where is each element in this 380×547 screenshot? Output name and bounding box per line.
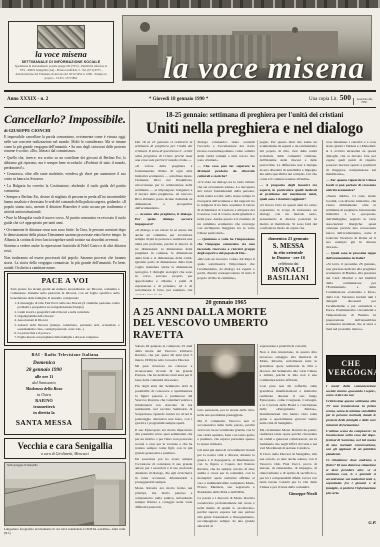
- ravetta-col3-text: espressione e praticità di concetti.Non …: [260, 344, 317, 490]
- dateline-bar: Anno XXXIX - n. 2 * Giovedì 18 gennaio 1…: [4, 90, 376, 108]
- ravetta-paragraph: Sabato 20 gennaio si compiono 25 anni da…: [135, 344, 192, 363]
- interview-paragraph: — Qualcuno a volte ha l'impressione che …: [197, 237, 254, 256]
- ravetta-paragraph: espressione e praticità di concetti.: [260, 344, 317, 349]
- interview-paragraph: dialogo ecumenico siano scaturiti l'acco…: [197, 140, 254, 163]
- ravetta-headline: A 25 ANNI DALLA MORTE DEL VESCOVO UMBERT…: [133, 307, 319, 342]
- rai-line: 28 gennaio 1990: [7, 367, 81, 374]
- interview-col1: Dal 18 al 25 gennaio si celebrerà la set…: [133, 140, 194, 295]
- ravetta-paragraph: Non è mia intenzione, in questo mio dove…: [260, 350, 317, 382]
- ravetta-paragraph: Il Clero della Diocesi di Senigallia, al…: [260, 452, 317, 489]
- che-vergogna-title-line2: VERGOGNA!: [328, 368, 374, 378]
- scan-edge-strip: [0, 0, 380, 8]
- interview-paragraph: «C'è stato un dialogo tra le varie cultu…: [197, 180, 254, 236]
- interview-paragraph: — Che cosa può far superare le divisioni…: [197, 164, 254, 178]
- pace-list-item: Il messaggio di Odo Fusi Pecci sulla sua…: [18, 301, 120, 310]
- newspaper-title: la voce misena: [163, 50, 365, 81]
- lead-headline: Uniti nella preghiera e nel dialogo: [133, 120, 376, 138]
- ravetta-headline-line2: DEL VESCOVO UMBERTO RAVETTA: [133, 318, 319, 342]
- ravetta-paragraph: Così pure non mi soffermo sulle grandios…: [260, 384, 317, 426]
- messa-box-line: S. MESSA: [263, 242, 314, 250]
- cancellarlo-paragraph: • Ovviamente le dittature rosse non sono…: [4, 228, 126, 243]
- interview-paragraph: — Accanto alla preghiera, il dialogo. Pe…: [135, 212, 192, 226]
- lungomare-photo-label: Sulla spiaggia di Senigallia: [7, 464, 38, 467]
- interview-paragraph: «Ricordo un incontro voluto dal Papa il …: [197, 257, 254, 280]
- messa-box-line: BASILIANI: [263, 274, 314, 282]
- ravetta-paragraph: Ma certamente Mons. Ravetta ha potuto re…: [260, 428, 317, 451]
- ravetta-paragraph: La parola e i discorsi di Mons. Ravetta …: [197, 496, 254, 528]
- vergogna-paragraph: Criticissima questa settimana alla TV un…: [326, 399, 376, 427]
- interview-col4: cosa intendano i cattolici e a cosa sian…: [326, 140, 376, 352]
- masthead-panorama-photo: la voce misena: [122, 15, 372, 81]
- ravetta-paragraph: tatto personale, per le strade della cit…: [197, 408, 254, 417]
- interview-paragraph: — Quali sono le prossime tappe dell'ecum…: [326, 251, 376, 260]
- che-vergogna-box: CHE VERGOGNA!: [326, 355, 376, 382]
- interview-paragraph: «Il lavoro fatto in questi anni ha avuto…: [260, 203, 317, 231]
- ravetta-col2-text: tatto personale, per le strade della cit…: [197, 408, 254, 529]
- cancellarlo-paragraph: Non tarderanno ad essere processati dal …: [4, 256, 126, 269]
- price-area: Una copia Lit. 500 Associato alla FISC: [309, 93, 373, 105]
- interview-col3-text: pegno. Per questo direi che esiste un ec…: [260, 140, 317, 231]
- messa-box-line: domenica 21 gennaio: [263, 236, 314, 241]
- ravetta-paragraph: Il suo Episcopato era molto improntato a…: [135, 428, 192, 456]
- pace-a-voi-title: PACE A VOI: [11, 276, 120, 285]
- ravetta-article: 20 gennaio 1965 A 25 ANNI DALLA MORTE DE…: [133, 298, 319, 536]
- logo-box: la voce misena SETTIMANALE DI INFORMAZIO…: [8, 21, 114, 83]
- logo-thumbnail-image: [37, 25, 85, 49]
- masthead: la voce misena SETTIMANALE DI INFORMAZIO…: [0, 8, 380, 90]
- messa-rito-orientale-box: domenica 21 gennaioS. MESSAin rito orien…: [261, 233, 316, 285]
- lungomare-caption: Lungomare fotografato nel momento in cui…: [4, 527, 126, 535]
- rai-lines: Domenica28 gennaio 1990alle ore 11dal Sa…: [7, 358, 81, 430]
- rai-line: SANTA MESSA: [7, 418, 81, 429]
- vergogna-signature: G.P.: [326, 520, 376, 525]
- interview-paragraph: Dal 18 al 25 gennaio si celebrerà la set…: [135, 140, 192, 163]
- ravetta-paragraph: Mi pare doveroso un caloroso e riconosce…: [135, 364, 192, 383]
- ravetta-paragraph: Fin dagli anni del Seminario ebbi la pos…: [135, 384, 192, 426]
- interview-paragraph: «Senza dubbio. Ci sono molte località, c…: [326, 194, 376, 250]
- ravetta-columns: Sabato 20 gennaio si compiono 25 anni da…: [133, 344, 319, 536]
- logo-title: la voce misena: [12, 50, 110, 59]
- rai-line: Domenica: [7, 360, 81, 367]
- church-photo: [81, 358, 123, 430]
- interview-paragraph: — Per quanto riguarda le Chiese locali s…: [326, 178, 376, 192]
- pace-a-voi-intro: Sarà pronto fra alcuni giorni un numero …: [11, 287, 120, 300]
- lead-kicker: 18-25 gennaio: settimana di preghiera pe…: [133, 112, 376, 119]
- ravetta-col2: tatto personale, per le strade della cit…: [194, 344, 256, 536]
- vergogna-paragraph: L'ultima scena da compiacere: la trasmis…: [326, 429, 376, 457]
- association-note: Associato alla FISC: [353, 98, 373, 105]
- pace-list-item: Attrezzi della Diocesi (stampa, consulto…: [18, 323, 120, 332]
- ravetta-paragraph: Mons. Ravetta era molto fermo nei princi…: [135, 486, 192, 509]
- cancellarlo-paragraph: • Sempre a Berlino Est, decine di miglia…: [4, 195, 126, 215]
- vecchia-senigallia-title: Vecchia e cara Senigallia: [6, 441, 124, 451]
- ravetta-col1: Sabato 20 gennaio si compiono 25 anni da…: [133, 344, 194, 536]
- cancellarlo-title: Cancellarlo? Impossibile.: [4, 112, 126, 127]
- pace-a-voi-inner: PACE A VOI Sarà pronto fra alcuni giorni…: [7, 273, 124, 343]
- vergogna-paragraph: I mezzi della comunicazione sociale stan…: [326, 384, 376, 398]
- interview-paragraph: cosa intendano i cattolici e a cosa sian…: [326, 140, 376, 177]
- ravetta-dateline: 20 gennaio 1965: [133, 300, 319, 306]
- che-vergogna-body: I mezzi della comunicazione sociale stan…: [326, 384, 376, 520]
- lungomare-road: [4, 475, 104, 525]
- interview-paragraph: «Il dialogo è un valore in sé stesso ma …: [135, 228, 192, 295]
- interview-paragraph: «Si terrà, il prossimo 28 gennaio, una g…: [326, 262, 376, 332]
- ravetta-paragraph: Da sacerdote poi ho avuto sempre l'occas…: [135, 457, 192, 485]
- cancellarlo-paragraph: È impossibile cancellare la parola comun…: [4, 135, 126, 155]
- interview-col2: dialogo ecumenico siano scaturiti l'acco…: [194, 140, 256, 295]
- cancellarlo-body: È impossibile cancellare la parola comun…: [4, 135, 126, 269]
- cancellarlo-paragraph: • La Bulgaria ha corretto la Costituzion…: [4, 184, 126, 194]
- newspaper-page: la voce misena SETTIMANALE DI INFORMAZIO…: [0, 0, 380, 547]
- rai-header: RAI - Radio Televisione Italiana: [7, 352, 123, 357]
- price-label: Una copia Lit.: [309, 97, 338, 102]
- messa-box-line: MONACI: [263, 266, 314, 274]
- lungomare-building: [94, 480, 125, 525]
- cancellarlo-paragraph: • Pure la Mongolia vuole il nuovo corso.…: [4, 216, 126, 226]
- rai-line: in diretta la: [7, 410, 81, 416]
- panorama-dome: [140, 22, 150, 32]
- vecchia-senigallia-box: Vecchia e cara Senigallia a cura di Giro…: [4, 438, 126, 459]
- ravetta-headline-line1: A 25 ANNI DALLA MORTE: [133, 307, 319, 319]
- issue-date: * Giovedì 18 gennaio 1990 *: [149, 97, 209, 102]
- interview-paragraph: pegno. Per questo direi che esiste un ec…: [260, 140, 317, 182]
- page-content: Cancellarlo? Impossibile. di GIUSEPPE CI…: [4, 108, 376, 536]
- cancellarlo-byline: di GIUSEPPE CIONCHI: [4, 128, 126, 133]
- vecchia-senigallia-subtitle: a cura di Girolimetti, Mencucci: [6, 452, 124, 456]
- interview-paragraph: — A proposito degli incontri tra esperti…: [260, 183, 317, 202]
- lead-article-header: 18-25 gennaio: settimana di preghiera pe…: [133, 110, 376, 140]
- pace-list-item: Foglio inserto con preghiera della famig…: [18, 335, 120, 339]
- rai-announcement-box: RAI - Radio Televisione Italiana Domenic…: [4, 349, 126, 435]
- ravetta-signature: Giuseppe Nicoli: [260, 491, 317, 496]
- left-column: Cancellarlo? Impossibile. di GIUSEPPE CI…: [4, 110, 130, 536]
- cancellarlo-paragraph: • Ceausescu, oltre alle tante malefatte,…: [4, 172, 126, 182]
- ravetta-paragraph: Ma il compianto Vescovo non si accontent…: [197, 419, 254, 447]
- interview-columns: Dal 18 al 25 gennaio si celebrerà la set…: [133, 140, 319, 295]
- che-vergogna-title-line1: CHE: [328, 359, 374, 369]
- cancellarlo-paragraph: • Quello che, invece, era scritto su un …: [4, 156, 126, 171]
- interview-paragraph: «Il valore della preghiera è fondamental…: [135, 164, 192, 210]
- ravetta-paragraph: Gli anni più densi di avvenimenti vissut…: [197, 448, 254, 494]
- cancellarlo-paragraph: Staremo a vedere anche la repressione fr…: [4, 244, 126, 254]
- lungomare-photo: Sulla spiaggia di Senigallia: [4, 462, 126, 526]
- issue-number: Anno XXXIX - n. 2: [7, 97, 48, 102]
- pace-a-voi-list: Il messaggio di Odo Fusi Pecci sulla sua…: [11, 301, 120, 340]
- messa-box-line: in Duomo - ore 16: [263, 255, 314, 260]
- logo-small-print: Spedizione in abbonamento postale gruppo…: [12, 65, 110, 81]
- pace-a-voi-box: PACE A VOI Sarà pronto fra alcuni giorni…: [4, 271, 126, 346]
- price-value: 500: [340, 93, 351, 102]
- rai-body: Domenica28 gennaio 1990alle ore 11dal Sa…: [7, 358, 123, 430]
- center-column: Dal 18 al 25 gennaio si celebrerà la set…: [133, 140, 319, 536]
- vergogna-paragraph: Ci chiediamo: dove andremo a finire? Di …: [326, 458, 376, 495]
- interview-col3: pegno. Per questo direi che esiste un ec…: [257, 140, 319, 295]
- right-column: cosa intendano i cattolici e a cosa sian…: [322, 140, 376, 536]
- ravetta-col3: espressione e praticità di concetti.Non …: [257, 344, 319, 536]
- church-door: [98, 417, 106, 429]
- bishop-portrait-photo: [197, 344, 254, 406]
